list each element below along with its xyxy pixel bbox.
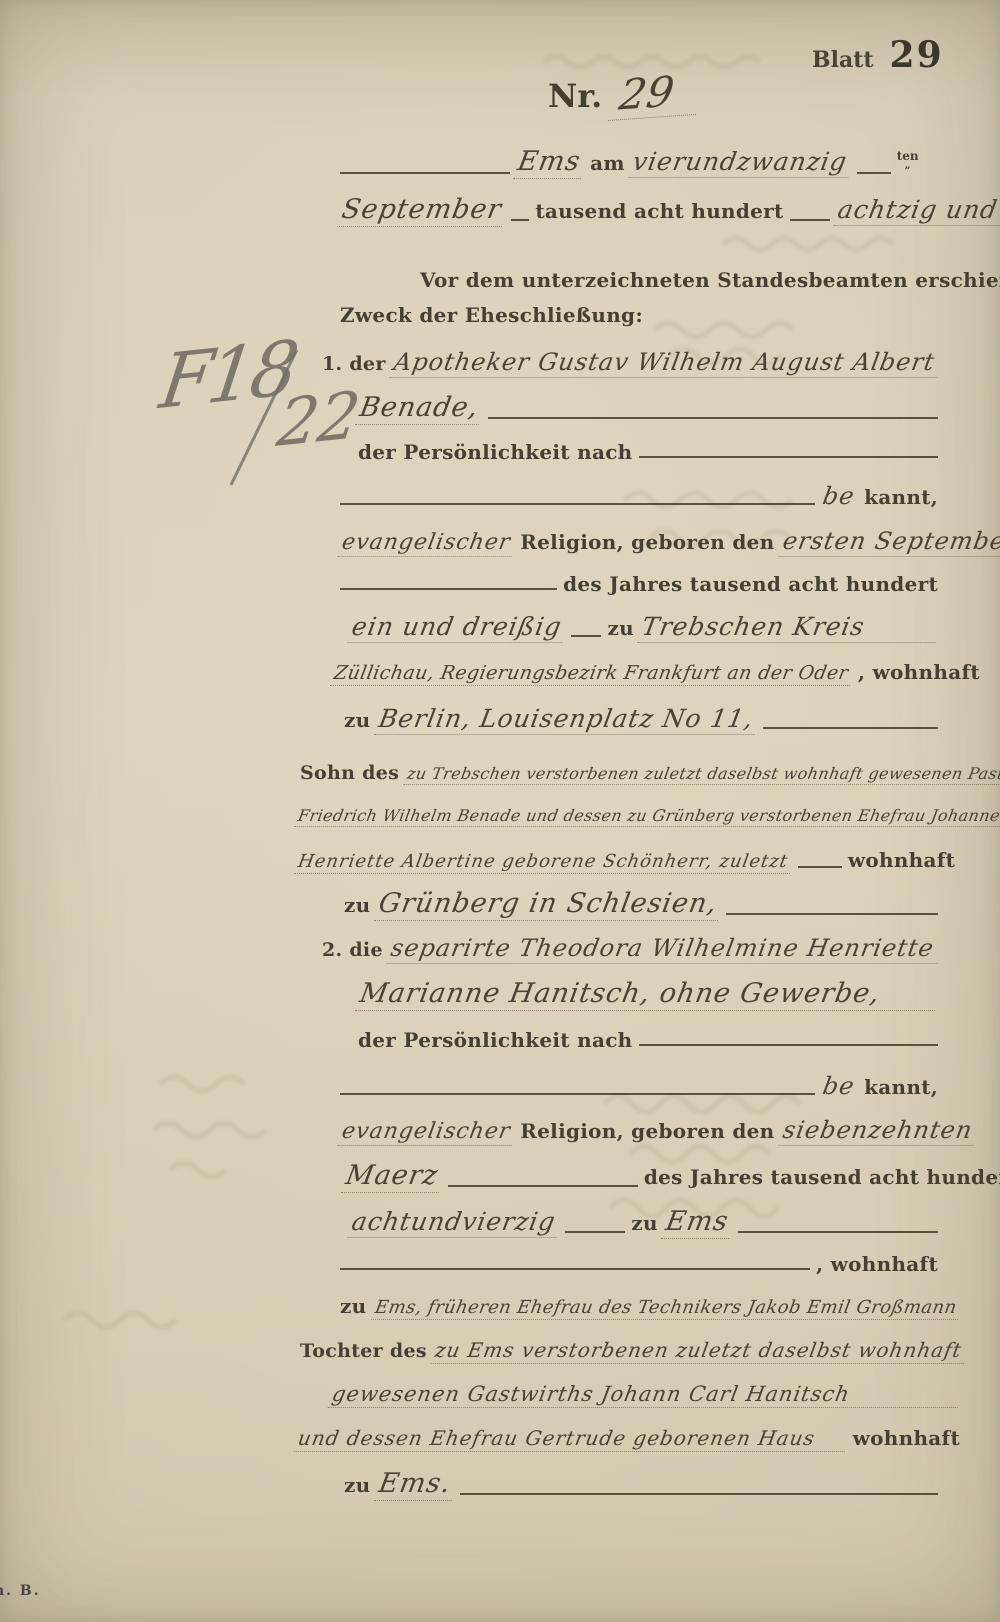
groom-identity-line: der Persönlichkeit nach	[358, 440, 938, 464]
year-label: des Jahres tausend acht hundert	[644, 1165, 1000, 1189]
bride-status-names: separirte Theodora Wilhelmine Henriette	[386, 934, 942, 964]
year-label: des Jahres tausend acht hundert	[563, 572, 938, 596]
bride-religion-line: evangelischer Religion, geboren den sieb…	[340, 1116, 938, 1146]
known-label: kannt,	[864, 485, 938, 509]
groom-residence-line: zu Berlin, Louisenplatz No 11,	[344, 704, 938, 735]
birth-place-entry: Trebschen Kreis	[637, 612, 941, 643]
birth-day-entry: siebenzehnten	[778, 1116, 979, 1146]
birth-place-entry-2: Züllichau, Regierungsbezirk Frankfurt an…	[330, 662, 854, 686]
zu-label: zu	[631, 1211, 658, 1235]
zu-label: zu	[344, 708, 371, 732]
bride-wohnhaft-line: , wohnhaft	[340, 1252, 938, 1276]
wohnhaft-label: , wohnhaft	[858, 660, 980, 684]
zu-label: zu	[340, 1294, 367, 1318]
intro-line-2: Zweck der Eheschließung:	[340, 303, 643, 327]
bride-parents-line-1: Tochter des zu Ems verstorbenen zuletzt …	[300, 1338, 960, 1364]
groom-birthplace-line-2: Züllichau, Regierungsbezirk Frankfurt an…	[332, 660, 938, 686]
month-entry: September	[337, 194, 508, 227]
rule-line	[639, 1044, 938, 1046]
rule-line	[639, 456, 938, 458]
birth-day-entry: ersten September	[778, 527, 1000, 557]
bride-parents-residence-line: zu Ems.	[344, 1468, 938, 1501]
groom-religion-line: evangelischer Religion, geboren den erst…	[340, 527, 938, 557]
wohnhaft-label: wohnhaft	[848, 848, 955, 872]
margin-annotation-top: F18	[155, 325, 300, 427]
bride-name-line-2: Marianne Hanitsch, ohne Gewerbe,	[358, 978, 938, 1011]
rule-line	[565, 1231, 625, 1233]
bride-birthmonth-line: Maerz des Jahres tausend acht hundert	[344, 1160, 938, 1193]
bleedthrough-mark	[720, 230, 920, 256]
rule-line	[726, 913, 938, 915]
rule-line	[798, 866, 842, 868]
residence-entry: Berlin, Louisenplatz No 11,	[374, 704, 760, 735]
item-label: 1. der	[322, 353, 386, 375]
bride-parents-line-2: gewesenen Gastwirths Johann Carl Hanitsc…	[330, 1382, 960, 1408]
year-entry: achtzig und neun.	[833, 195, 1000, 226]
intro-line-1: Vor dem unterzeichneten Standesbeamten e…	[420, 268, 1000, 292]
residence-entry: Ems, früheren Ehefrau des Technikers Jak…	[370, 1297, 961, 1320]
rule-line	[460, 1493, 938, 1495]
birth-month-entry: Maerz	[341, 1160, 445, 1193]
rule-line	[340, 1093, 815, 1095]
dateline-place-day: Ems am vierundzwanzig ten„	[340, 146, 940, 180]
bride-birthyear-place-line: achtundvierzig zu Ems	[350, 1206, 938, 1239]
birth-year-entry: achtundvierzig	[347, 1207, 562, 1238]
bride-name-line-1: 2. die separirte Theodora Wilhelmine Hen…	[322, 934, 940, 964]
rule-line	[511, 219, 529, 221]
religion-entry: evangelischer	[338, 530, 517, 557]
bleedthrough-mark	[60, 1300, 220, 1340]
parents-entry: zu Trebschen verstorbenen zuletzt daselb…	[403, 764, 1000, 785]
groom-parents-line-1: Sohn des zu Trebschen verstorbenen zulet…	[300, 762, 960, 785]
rule-line	[340, 172, 510, 174]
son-label: Sohn des	[300, 762, 399, 784]
sheet-header: Blatt 29	[812, 34, 944, 76]
religion-label: Religion, geboren den	[520, 530, 774, 554]
rule-line	[571, 635, 601, 637]
groom-known-line: be kannt,	[340, 482, 938, 511]
zu-label: zu	[344, 893, 371, 917]
footer-note: n. B.	[0, 1583, 41, 1599]
bride-identity-line: der Persönlichkeit nach	[358, 1028, 938, 1052]
rule-line	[340, 503, 815, 505]
parents-entry: gewesenen Gastwirths Johann Carl Hanitsc…	[328, 1382, 963, 1408]
groom-occupation-names: Apotheker Gustav Wilhelm August Albert	[389, 348, 943, 378]
item-label: 2. die	[322, 939, 383, 961]
year-printed-label: tausend acht hundert	[535, 199, 783, 223]
bride-residence-line: zu Ems, früheren Ehefrau des Technikers …	[340, 1294, 938, 1320]
groom-parents-line-3: Henriette Albertine geborene Schönherr, …	[296, 848, 960, 874]
day-entry: vierundzwanzig	[628, 147, 853, 178]
parents-entry: Henriette Albertine geborene Schönherr, …	[294, 851, 794, 874]
rule-line	[763, 727, 938, 729]
parents-residence-entry: Grünberg in Schlesien,	[374, 888, 724, 921]
rule-line	[340, 1268, 810, 1270]
margin-annotation-bottom: 22	[273, 378, 365, 462]
religion-label: Religion, geboren den	[520, 1119, 774, 1143]
margin-annotation-slash	[230, 349, 298, 485]
sheet-number: 29	[890, 34, 944, 76]
intro-text: Vor dem unterzeichneten Standesbeamten e…	[420, 268, 1000, 292]
groom-birthyear-place-line: ein und dreißig zu Trebschen Kreis	[350, 612, 938, 643]
bleedthrough-mark	[150, 1060, 330, 1180]
record-number-label: Nr.	[548, 77, 602, 115]
known-label: kannt,	[864, 1075, 938, 1099]
intro-text: Zweck der Eheschließung:	[340, 303, 643, 327]
groom-parents-line-2: Friedrich Wilhelm Benade und dessen zu G…	[296, 806, 960, 827]
sheet-label: Blatt	[812, 47, 874, 73]
parents-entry: Friedrich Wilhelm Benade und dessen zu G…	[294, 806, 1000, 827]
parents-entry: zu Ems verstorbenen zuletzt daselbst woh…	[431, 1338, 968, 1364]
day-suffix: ten„	[897, 152, 919, 170]
birth-place-entry: Ems	[661, 1206, 735, 1239]
rule-line	[488, 417, 938, 419]
bride-parents-line-3: und dessen Ehefrau Gertrude geborenen Ha…	[296, 1426, 960, 1452]
record-number-line: Nr. 29	[548, 68, 700, 118]
rule-line	[340, 588, 557, 590]
scanned-marriage-record-page: Blatt 29 Nr. 29 F18 22 Ems am vierundzwa…	[0, 0, 1000, 1622]
daughter-label: Tochter des	[300, 1340, 427, 1362]
religion-entry: evangelischer	[338, 1119, 517, 1146]
dateline-month-year: September tausend acht hundert achtzig u…	[340, 194, 940, 227]
wohnhaft-label: wohnhaft	[853, 1426, 960, 1450]
groom-year-label-line: des Jahres tausend acht hundert	[340, 572, 938, 596]
rule-line	[448, 1185, 638, 1187]
place-entry: Ems	[513, 146, 587, 179]
groom-surname-line: Benade,	[358, 392, 938, 425]
groom-name-line-1: 1. der Apotheker Gustav Wilhelm August A…	[322, 348, 940, 378]
identity-label: der Persönlichkeit nach	[358, 440, 633, 464]
rule-line	[738, 1231, 938, 1233]
wohnhaft-label: , wohnhaft	[816, 1252, 938, 1276]
bride-known-line: be kannt,	[340, 1072, 938, 1101]
rule-line	[790, 219, 830, 221]
birth-year-entry: ein und dreißig	[347, 612, 568, 643]
parents-entry: und dessen Ehefrau Gertrude geborenen Ha…	[294, 1426, 849, 1452]
zu-label: zu	[607, 616, 634, 640]
groom-surname: Benade,	[355, 392, 485, 425]
identity-label: der Persönlichkeit nach	[358, 1028, 633, 1052]
am-label: am	[590, 151, 625, 175]
known-handwritten: be	[818, 482, 861, 511]
groom-parents-residence-line: zu Grünberg in Schlesien,	[344, 888, 938, 921]
bride-names-entry: Marianne Hanitsch, ohne Gewerbe,	[355, 978, 941, 1011]
known-handwritten: be	[818, 1072, 861, 1101]
parents-residence-entry: Ems.	[374, 1468, 458, 1501]
rule-line	[857, 172, 891, 174]
zu-label: zu	[344, 1473, 371, 1497]
record-number-value: 29	[608, 65, 704, 121]
